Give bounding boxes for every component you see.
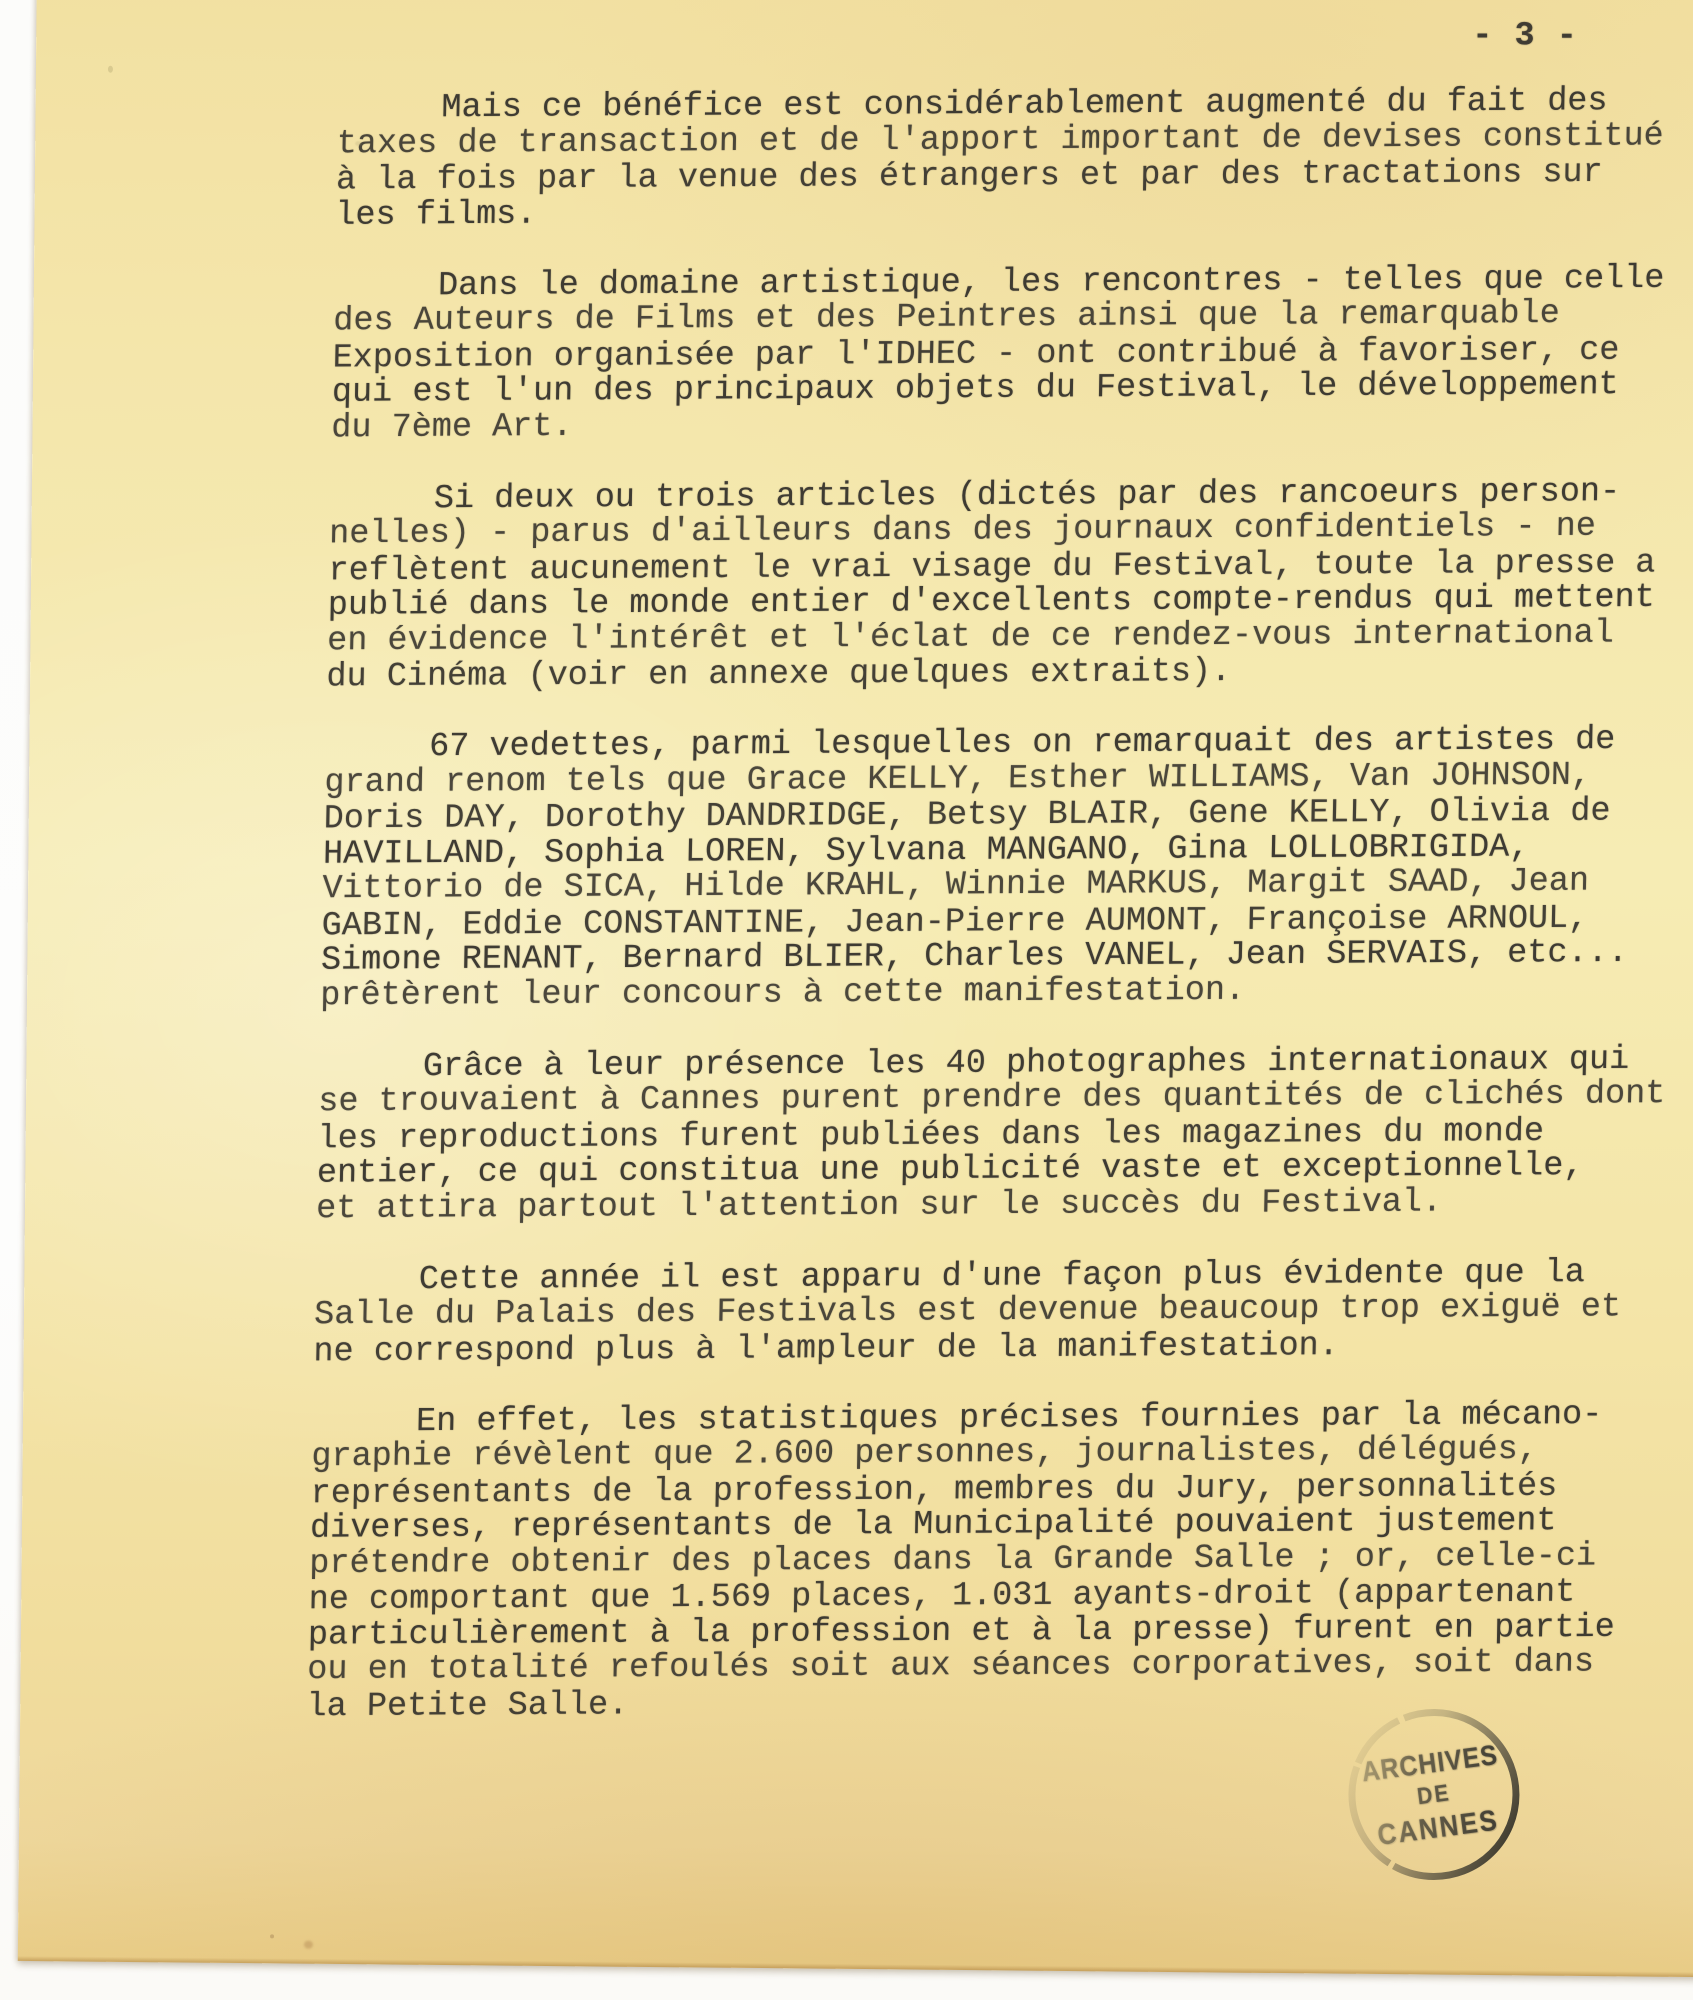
scan-background: - 3 - Mais ce bénéfice est considérablem… bbox=[0, 0, 1693, 2000]
text-line: du Cinéma (voir en annexe quelques extra… bbox=[326, 652, 1693, 696]
paragraph: En effet, les statistiques précises four… bbox=[306, 1397, 1693, 1725]
paper-speck bbox=[304, 1941, 313, 1949]
text-line: à la fois par la venue des étrangers et … bbox=[336, 155, 1693, 199]
paper-speck bbox=[108, 66, 113, 73]
text-line: reflètent aucunement le vrai visage du F… bbox=[328, 546, 1693, 590]
archives-stamp: ARCHIVES DE CANNES bbox=[1336, 1698, 1533, 1895]
paragraph: Cette année il est apparu d'une façon pl… bbox=[313, 1255, 1693, 1370]
text-line: ne correspond plus à l'ampleur de la man… bbox=[313, 1326, 1693, 1370]
paragraph: Grâce à leur présence les 40 photographe… bbox=[316, 1042, 1693, 1228]
text-line: du 7ème Art. bbox=[331, 402, 1693, 446]
paragraph: Dans le domaine artistique, les rencontr… bbox=[331, 261, 1693, 447]
text-line: GABIN, Eddie CONSTANTINE, Jean-Pierre AU… bbox=[321, 900, 1693, 944]
text-line: ne comportant que 1.569 places, 1.031 ay… bbox=[308, 1575, 1693, 1619]
page-number: - 3 - bbox=[1472, 19, 1578, 55]
stamp-word-archives: ARCHIVES bbox=[1360, 1739, 1500, 1789]
paragraph: Mais ce bénéfice est considérablement au… bbox=[335, 83, 1693, 233]
text-line: et attira partout l'attention sur le suc… bbox=[316, 1183, 1693, 1227]
paragraph: Si deux ou trois articles (dictés par de… bbox=[326, 474, 1693, 695]
text-line: Doris DAY, Dorothy DANDRIDGE, Betsy BLAI… bbox=[323, 794, 1693, 838]
text-line: représentants de la profession, membres … bbox=[310, 1468, 1693, 1512]
text-line: Exposition organisée par l'IDHEC - ont c… bbox=[332, 333, 1693, 377]
paper-sheet: - 3 - Mais ce bénéfice est considérablem… bbox=[18, 0, 1693, 1977]
paper-speck bbox=[355, 141, 361, 146]
stamp-text: ARCHIVES DE CANNES bbox=[1325, 1687, 1544, 1906]
document-body: Mais ce bénéfice est considérablement au… bbox=[306, 83, 1693, 1724]
stamp-word-de: DE bbox=[1416, 1780, 1452, 1811]
stamp-word-cannes: CANNES bbox=[1375, 1802, 1500, 1852]
text-line: les reproductions furent publiées dans l… bbox=[317, 1113, 1693, 1157]
paragraph: 67 vedettes, parmi lesquelles on remarqu… bbox=[320, 722, 1693, 1014]
paper-speck bbox=[270, 1934, 274, 1938]
text-line: prêtèrent leur concours à cette manifest… bbox=[320, 970, 1693, 1014]
